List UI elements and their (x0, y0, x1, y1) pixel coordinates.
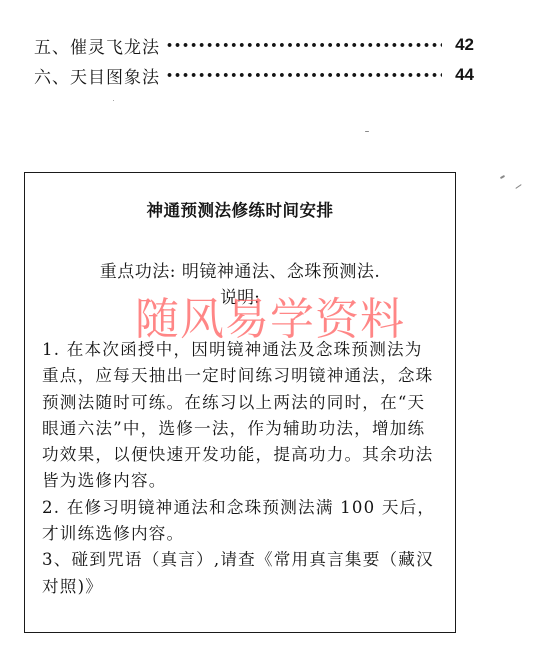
focus-methods-line: 重点功法: 明镜神通法、念珠预测法. (25, 257, 455, 282)
notes-body: 1. 在本次函授中，因明镜神通法及念珠预测法为重点，应每天抽出一定时间练习明镜神… (42, 337, 439, 600)
box-title: 神通预测法修练时间安排 (25, 197, 455, 221)
scan-speck (113, 100, 114, 101)
note-paragraph-2: 2. 在修习明镜神通法和念珠预测法满 100 天后，才训练选修内容。 (42, 495, 439, 548)
scan-speck (500, 175, 505, 179)
scan-speck (515, 184, 521, 189)
toc-item[interactable]: 五、催灵飞龙法 ••••••••••••••••••••••••••••••••… (34, 30, 474, 60)
toc-leader-dots: ••••••••••••••••••••••••••••••••••••••••… (166, 40, 442, 51)
toc-item[interactable]: 六、天目图象法 ••••••••••••••••••••••••••••••••… (34, 60, 474, 90)
table-of-contents: 五、催灵飞龙法 ••••••••••••••••••••••••••••••••… (34, 30, 474, 90)
practice-schedule-box: 神通预测法修练时间安排 重点功法: 明镜神通法、念珠预测法. 说明: 1. 在本… (24, 172, 456, 633)
toc-item-page: 44 (452, 65, 474, 85)
toc-item-title: 五、催灵飞龙法 (34, 33, 160, 58)
note-label: 说明: (25, 283, 455, 308)
toc-item-page: 42 (452, 35, 474, 55)
toc-leader-dots: ••••••••••••••••••••••••••••••••••••••••… (166, 70, 442, 81)
note-paragraph-1: 1. 在本次函授中，因明镜神通法及念珠预测法为重点，应每天抽出一定时间练习明镜神… (42, 337, 439, 495)
scan-speck (365, 131, 369, 132)
note-paragraph-3: 3、碰到咒语（真言）,请查《常用真言集要（藏汉对照)》 (42, 547, 439, 600)
toc-item-title: 六、天目图象法 (34, 63, 160, 88)
